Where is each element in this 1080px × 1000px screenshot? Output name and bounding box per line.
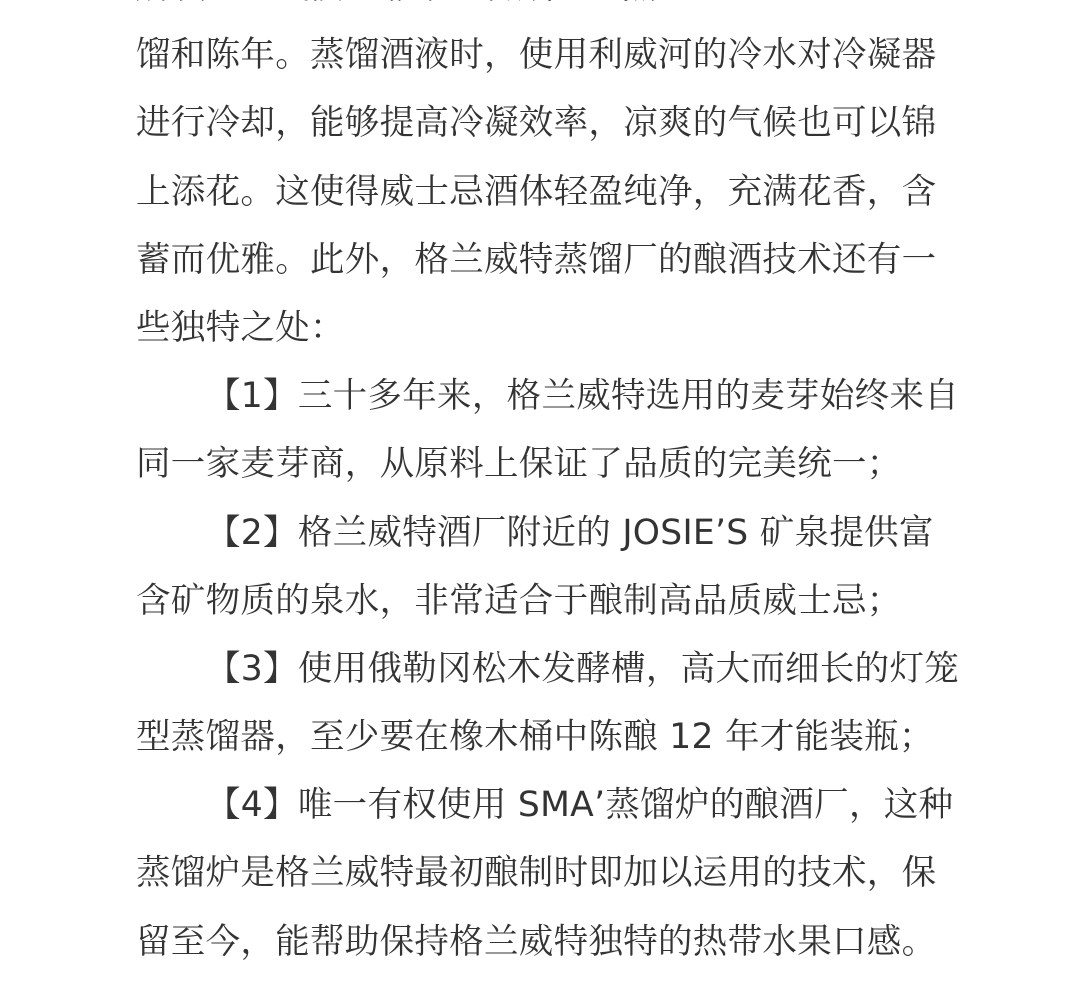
list-item-first-line: 【3】使用俄勒冈松木发酵槽，高大而细长的灯笼	[136, 635, 1012, 703]
text-line: 蓄而优雅。此外，格兰威特蒸馏厂的酿酒技术还有一	[136, 226, 1012, 294]
list-item-line: 含矿物质的泉水，非常适合于酿制高品质威士忌；	[136, 567, 1012, 635]
list-item-1: 【1】三十多年来，格兰威特选用的麦芽始终来自 同一家麦芽商，从原料上保证了品质的…	[136, 362, 1012, 498]
list-item-line: 型蒸馏器，至少要在橡木桶中陈酿 12 年才能装瓶；	[136, 703, 1012, 771]
intro-paragraph: 所以里...气候也非常适合威士忌蒸 馏和陈年。蒸馏酒液时，使用利威河的冷水对冷凝…	[136, 0, 1012, 362]
list-item-first-line: 【2】格兰威特酒厂附近的 JOSIE’S 矿泉提供富	[136, 499, 1012, 567]
list-item-3: 【3】使用俄勒冈松木发酵槽，高大而细长的灯笼 型蒸馏器，至少要在橡木桶中陈酿 1…	[136, 635, 1012, 771]
text-line: 些独特之处：	[136, 294, 1012, 362]
list-item-line: 蒸馏炉是格兰威特最初酿制时即加以运用的技术，保	[136, 839, 1012, 907]
text-line-cut-off: 所以里...气候也非常适合威士忌蒸	[136, 0, 1012, 21]
list-item-first-line: 【4】唯一有权使用 SMA’蒸馏炉的酿酒厂，这种	[136, 771, 1012, 839]
text-line: 馏和陈年。蒸馏酒液时，使用利威河的冷水对冷凝器	[136, 21, 1012, 89]
list-item-line: 留至今，能帮助保持格兰威特独特的热带水果口感。	[136, 908, 1012, 976]
text-line: 上添花。这使得威士忌酒体轻盈纯净，充满花香，含	[136, 158, 1012, 226]
list-item-first-line: 【1】三十多年来，格兰威特选用的麦芽始终来自	[136, 362, 1012, 430]
list-item-line: 同一家麦芽商，从原料上保证了品质的完美统一；	[136, 430, 1012, 498]
list-item-4: 【4】唯一有权使用 SMA’蒸馏炉的酿酒厂，这种 蒸馏炉是格兰威特最初酿制时即加…	[136, 771, 1012, 976]
list-item-2: 【2】格兰威特酒厂附近的 JOSIE’S 矿泉提供富 含矿物质的泉水，非常适合于…	[136, 499, 1012, 635]
text-line: 进行冷却，能够提高冷凝效率，凉爽的气候也可以锦	[136, 89, 1012, 157]
article-body: 所以里...气候也非常适合威士忌蒸 馏和陈年。蒸馏酒液时，使用利威河的冷水对冷凝…	[136, 0, 1012, 976]
